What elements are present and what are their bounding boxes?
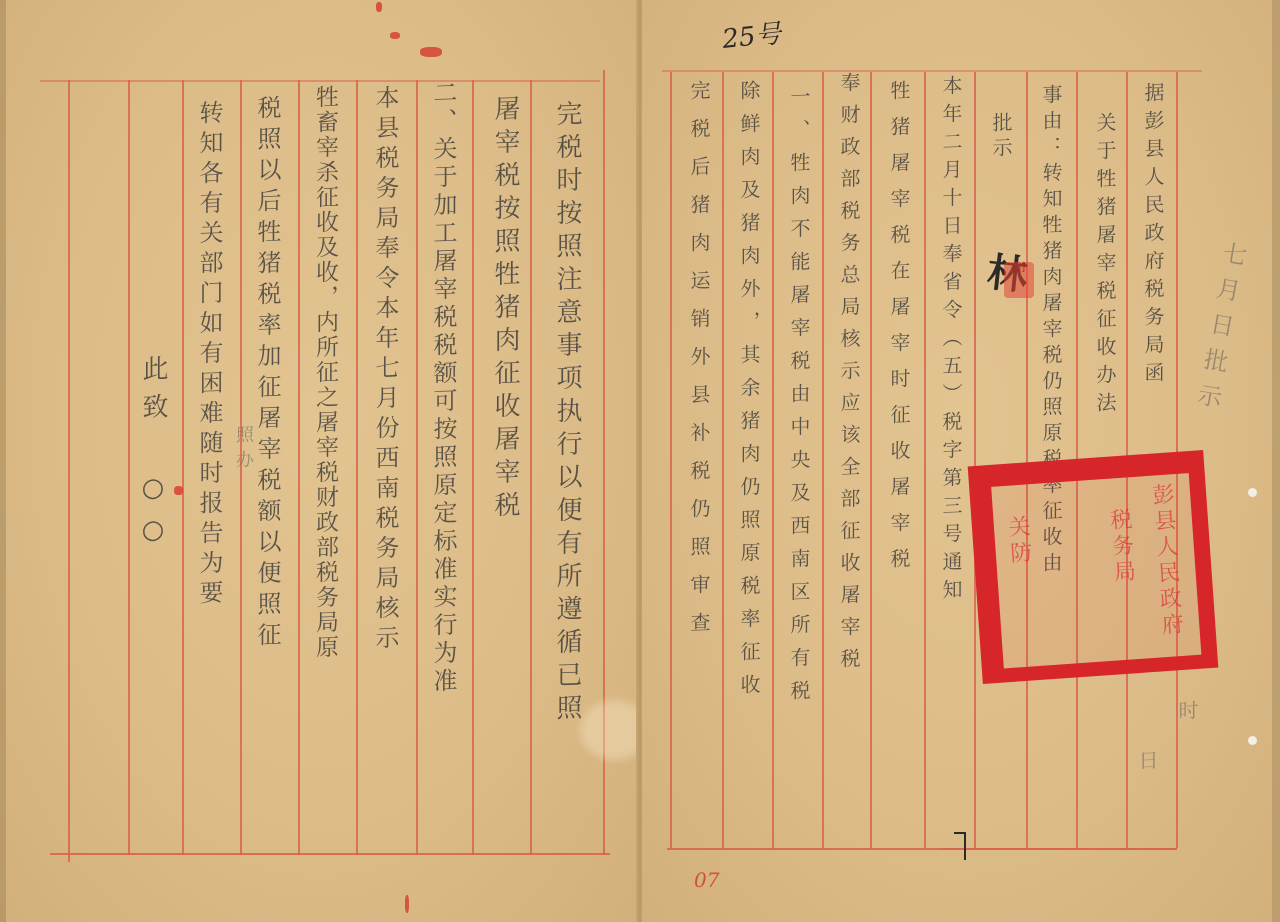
red-ink-mark — [376, 2, 382, 12]
text-column: 完税后猪肉运销外县补税仍照审查 — [684, 79, 714, 650]
bottom-rule — [50, 853, 610, 855]
column-rule — [68, 80, 70, 862]
column-rule — [1026, 72, 1028, 848]
column-rule — [670, 72, 672, 848]
text-column: 牲猪屠宰税在屠宰时征收屠宰税 — [884, 79, 914, 584]
column-rule — [530, 80, 532, 855]
text-column: 二、关于加工屠宰税税额可按照原定标准实行为准 — [428, 79, 458, 696]
text-column: 除鲜肉及猪肉外，其余猪肉仍照原税率征收 — [734, 79, 764, 707]
seal-text: 关防 — [1003, 514, 1033, 568]
text-column: 奉财政部税务总局核示应该全部征收屠宰税 — [834, 71, 864, 680]
red-mark — [174, 486, 183, 495]
column-rule — [416, 80, 418, 855]
left-page: 完税时按照注意事项执行以便有所遵循已照 屠宰税按照牲猪肉征收屠宰税 二、关于加工… — [0, 0, 638, 922]
text-column: 据彭县人民政府税务局函 — [1138, 81, 1168, 390]
column-rule — [870, 72, 872, 848]
text-column: 本年二月十日奉省令（五）税字第三号通知 — [936, 74, 966, 607]
side-mark: 时 — [1172, 699, 1202, 725]
page-edge — [1272, 0, 1280, 922]
text-column: 税照以后牲猪税率加征屠宰税额以便照征 — [252, 94, 282, 653]
page-edge — [0, 0, 6, 922]
small-red-stamp: 印 — [1004, 262, 1034, 298]
column-rule — [974, 72, 976, 848]
punch-hole — [1248, 488, 1257, 497]
red-ink-mark — [390, 32, 400, 39]
column-rule — [298, 80, 300, 855]
annotation: 照办 — [228, 424, 258, 475]
signoff: 此致 ○○ — [138, 354, 168, 557]
text-column: 完税时按照注意事项执行以便有所遵循已照 — [552, 99, 582, 727]
official-seal: 彭县人民政府 税务局 关防 — [968, 450, 1219, 684]
text-column: 本县税务局奉令本年七月份西南税务局核示 — [370, 84, 400, 655]
column-rule — [128, 80, 130, 855]
margin-note: 七月日批示 — [1189, 239, 1250, 421]
punch-hole — [1248, 736, 1257, 745]
top-rule — [662, 70, 1202, 72]
column-rule — [356, 80, 358, 855]
column-rule — [822, 72, 824, 848]
top-rule — [40, 80, 600, 82]
seal-text: 彭县人民政府 — [1147, 482, 1184, 639]
column-rule — [772, 72, 774, 848]
seal-text: 税务局 — [1105, 507, 1136, 587]
water-stain — [580, 700, 638, 760]
bracket-mark — [954, 832, 966, 860]
red-ink-mark — [420, 47, 442, 57]
text-column: 批示 — [986, 111, 1016, 162]
column-rule — [182, 80, 184, 855]
side-mark: 日 — [1132, 749, 1162, 775]
text-column: 关于牲猪屠宰税征收办法 — [1090, 111, 1120, 420]
text-column: 一、牲肉不能屠宰税由中央及西南区所有税 — [784, 85, 814, 713]
bottom-rule — [942, 848, 1177, 850]
red-ink-mark — [405, 895, 409, 913]
text-column: 牲畜宰杀征收及收，内所征之屠宰税财政部税务局原 — [310, 84, 340, 660]
page-number-bottom: 07 — [694, 868, 719, 892]
column-rule — [924, 72, 926, 848]
text-column: 转知各有关部门如有困难随时报告为要 — [194, 99, 224, 610]
page-number-top: 25号 — [720, 13, 783, 56]
text-column: 屠宰税按照牲猪肉征收屠宰税 — [490, 94, 520, 524]
column-rule — [722, 72, 724, 848]
column-rule — [472, 80, 474, 855]
